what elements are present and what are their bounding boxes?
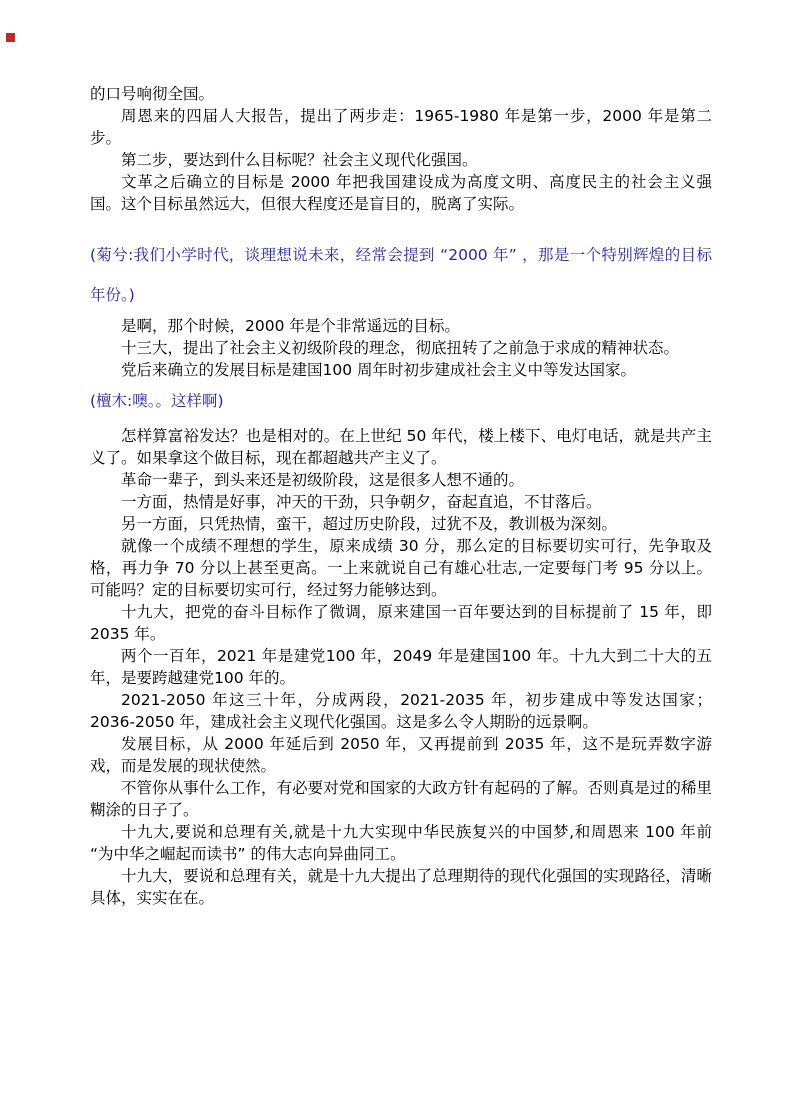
body-paragraph: 十九大，把党的奋斗目标作了微调，原来建国一百年要达到的目标提前了 15 年，即 … (90, 601, 712, 645)
body-paragraph: 文革之后确立的目标是 2000 年把我国建设成为高度文明、高度民主的社会主义强国… (90, 171, 712, 215)
body-paragraph: 十九大,要说和总理有关,就是十九大实现中华民族复兴的中国梦,和周恩来 100 年… (90, 821, 712, 865)
body-paragraph: 十九大，要说和总理有关，就是十九大提出了总理期待的现代化强国的实现路径，清晰具体… (90, 865, 712, 909)
body-paragraph: 周恩来的四届人大报告，提出了两步走：1965-1980 年是第一步，2000 年… (90, 105, 712, 149)
body-paragraph: 革命一辈子，到头来还是初级阶段，这是很多人想不通的。 (90, 469, 712, 491)
comment-paragraph: (檀木:噢。。这样啊) (90, 381, 712, 421)
body-paragraph: 就像一个成绩不理想的学生，原来成绩 30 分，那么定的目标要切实可行，先争取及格… (90, 535, 712, 601)
body-paragraph: 两个一百年，2021 年是建党100 年，2049 年是建国100 年。十九大到… (90, 645, 712, 689)
body-paragraph: 发展目标，从 2000 年延后到 2050 年，又再提前到 2035 年，这不是… (90, 733, 712, 777)
document-body: 的口号响彻全国。周恩来的四届人大报告，提出了两步走：1965-1980 年是第一… (90, 83, 712, 909)
body-paragraph: 一方面，热情是好事，冲天的干劲，只争朝夕，奋起直追，不甘落后。 (90, 491, 712, 513)
body-paragraph: 是啊，那个时候，2000 年是个非常遥远的目标。 (90, 315, 712, 337)
document-page: 的口号响彻全国。周恩来的四届人大报告，提出了两步走：1965-1980 年是第一… (0, 0, 800, 1100)
body-paragraph: 2021-2050 年这三十年，分成两段，2021-2035 年，初步建成中等发… (90, 689, 712, 733)
body-paragraph: 另一方面，只凭热情，蛮干，超过历史阶段，过犹不及，教训极为深刻。 (90, 513, 712, 535)
body-paragraph: 第二步，要达到什么目标呢？社会主义现代化强国。 (90, 149, 712, 171)
body-paragraph: 的口号响彻全国。 (90, 83, 712, 105)
comment-paragraph: (菊兮:我们小学时代，谈理想说未来，经常会提到 “2000 年” ，那是一个特别… (90, 235, 712, 315)
body-paragraph: 不管你从事什么工作，有必要对党和国家的大政方针有起码的了解。否则真是过的稀里糊涂… (90, 777, 712, 821)
red-square-marker (6, 33, 15, 42)
body-paragraph: 怎样算富裕发达？也是相对的。在上世纪 50 年代，楼上楼下、电灯电话，就是共产主… (90, 425, 712, 469)
body-paragraph: 党后来确立的发展目标是建国100 周年时初步建成社会主义中等发达国家。 (90, 359, 712, 381)
body-paragraph: 十三大，提出了社会主义初级阶段的理念，彻底扭转了之前急于求成的精神状态。 (90, 337, 712, 359)
